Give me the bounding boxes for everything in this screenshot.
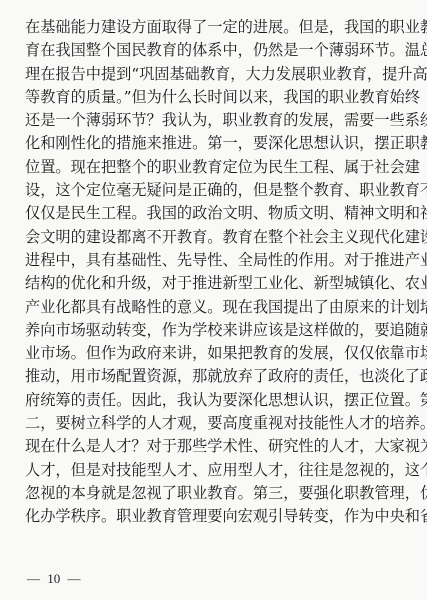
text-line: 化办学秩序。职业教育管理要向宏观引导转变，作为中央和省 [25,505,409,528]
text-line: 二，要树立科学的人才观，要高度重视对技能性人才的培养。 [25,412,409,435]
text-line: 位置。现在把整个的职业教育定位为民生工程、属于社会建 [25,156,409,179]
text-line: 等教育的质量。”但为什么长时间以来，我国的职业教育始终 [25,86,409,109]
text-line: 会文明的建设都离不开教育。教育在整个社会主义现代化建设 [25,226,409,249]
text-line: 设，这个定位毫无疑问是正确的，但是整个教育、职业教育不 [25,179,409,202]
text-line: 化和刚性化的措施来推进。第一，要深化思想认识，摆正职教 [25,132,409,155]
document-page: 在基础能力建设方面取得了一定的进展。但是，我国的职业教 育在我国整个国民教育的体… [0,0,427,600]
body-text: 在基础能力建设方面取得了一定的进展。但是，我国的职业教 育在我国整个国民教育的体… [25,16,409,529]
text-line: 人才，但是对技能型人才、应用型人才，往往是忽视的，这个 [25,459,409,482]
text-line: 理在报告中提到“巩固基础教育，大力发展职业教育，提升高 [25,63,409,86]
text-line: 结构的优化和升级，对于推进新型工业化、新型城镇化、农业 [25,272,409,295]
text-line: 业市场。但作为政府来讲，如果把教育的发展，仅仅依靠市场 [25,342,409,365]
text-line: 仅仅是民生工程。我国的政治文明、物质文明、精神文明和社 [25,202,409,225]
text-line: 在基础能力建设方面取得了一定的进展。但是，我国的职业教 [25,16,409,39]
text-line: 忽视的本身就是忽视了职业教育。第三，要强化职教管理，优 [25,482,409,505]
text-line: 产业化都具有战略性的意义。现在我国提出了由原来的计划培 [25,296,409,319]
text-line: 府统筹的责任。因此，我认为要深化思想认识，摆正位置。第 [25,389,409,412]
page-number: — 10 — [27,569,81,589]
text-line: 进程中，具有基础性、先导性、全局性的作用。对于推进产业 [25,249,409,272]
text-line: 现在什么是人才？对于那些学术性、研究性的人才，大家视为 [25,435,409,458]
text-line: 推动，用市场配置资源，那就放弃了政府的责任，也淡化了政 [25,365,409,388]
text-line: 还是一个薄弱环节？我认为，职业教育的发展，需要一些系统 [25,109,409,132]
text-line: 育在我国整个国民教育的体系中，仍然是一个薄弱环节。温总 [25,39,409,62]
text-line: 养向市场驱动转变，作为学校来讲应该是这样做的，要追随就 [25,319,409,342]
